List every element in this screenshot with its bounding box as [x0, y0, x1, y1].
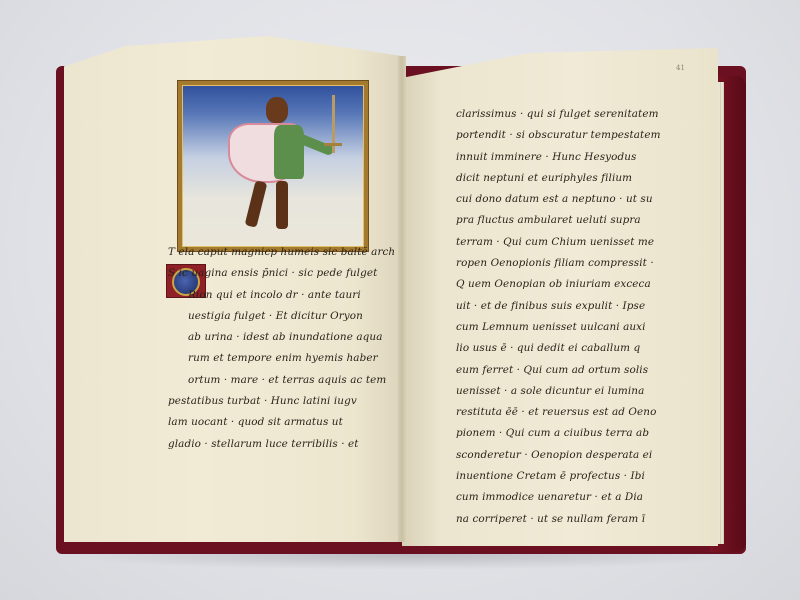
text-line: uit · et de finibus suis expulit · Ipse — [456, 296, 661, 317]
text-line: pionem · Qui cum a ciuibus terra ab — [456, 423, 661, 444]
folio-number: 41 — [676, 64, 685, 72]
text-line: terram · Qui cum Chium uenisset me — [456, 232, 661, 253]
text-line: Rion qui et incolo dr · ante tauri — [168, 285, 395, 306]
text-line: ropen Oenopionis filiam compressit · — [456, 253, 661, 274]
text-line: eum ferret · Qui cum ad ortum solis — [456, 360, 661, 381]
text-line: rum et tempore enim hyemis haber — [168, 348, 395, 369]
text-line: Q uem Oenopian ob iniuriam exceca — [456, 274, 661, 295]
sword-hilt-icon — [324, 143, 342, 146]
text-line: gladio · stellarum luce terribilis · et — [168, 434, 395, 455]
text-line: uenisset · a sole dicuntur ei lumina — [456, 381, 661, 402]
text-line: S ic uagina ensis p̄nici · sic pede fulg… — [168, 263, 395, 284]
text-line: ab urina · idest ab inundatione aqua — [168, 327, 395, 348]
text-line: ortum · mare · et terras aquis ac tem — [168, 370, 395, 391]
leg-shape — [276, 181, 288, 229]
text-line: cui dono datum est a neptuno · ut su — [456, 189, 661, 210]
text-line: portendit · si obscuratur tempestatem — [456, 125, 661, 146]
text-line: lio usus ē · qui dedit ei caballum q — [456, 338, 661, 359]
text-line: T ela caput magnicp humeis sic baltĕ arc… — [168, 242, 395, 263]
text-line: clarissimus · qui si fulget serenitatem — [456, 104, 661, 125]
text-line: pra fluctus ambularet ueluti supra — [456, 210, 661, 231]
text-line: innuit imminere · Hunc Hesyodus — [456, 147, 661, 168]
text-line: dicit neptuni et euriphyles filium — [456, 168, 661, 189]
text-line: pestatibus turbat · Hunc latini iugv — [168, 391, 395, 412]
text-line: cum immodice uenaretur · et a Dia — [456, 487, 661, 508]
text-line: inuentione Cretam ē profectus · Ibi — [456, 466, 661, 487]
text-line: na corriperet · ut se nullam feram ī — [456, 509, 661, 530]
text-line: uestigia fulget · Et dicitur Oryon — [168, 306, 395, 327]
text-line: sconderetur · Oenopion desperata ei — [456, 445, 661, 466]
leg-shape — [245, 180, 268, 228]
text-line: restituta ēē · et reuersus est ad Oeno — [456, 402, 661, 423]
text-line: lam uocant · quod sit armatus ut — [168, 412, 395, 433]
illuminated-miniature — [178, 81, 368, 251]
left-page-text: T ela caput magnicp humeis sic baltĕ arc… — [168, 242, 395, 455]
head-shape — [266, 97, 288, 123]
book-gutter — [398, 56, 406, 542]
text-line: cum Lemnum uenisset uulcani auxi — [456, 317, 661, 338]
right-page-text: clarissimus · qui si fulget serenitatem … — [456, 104, 661, 530]
